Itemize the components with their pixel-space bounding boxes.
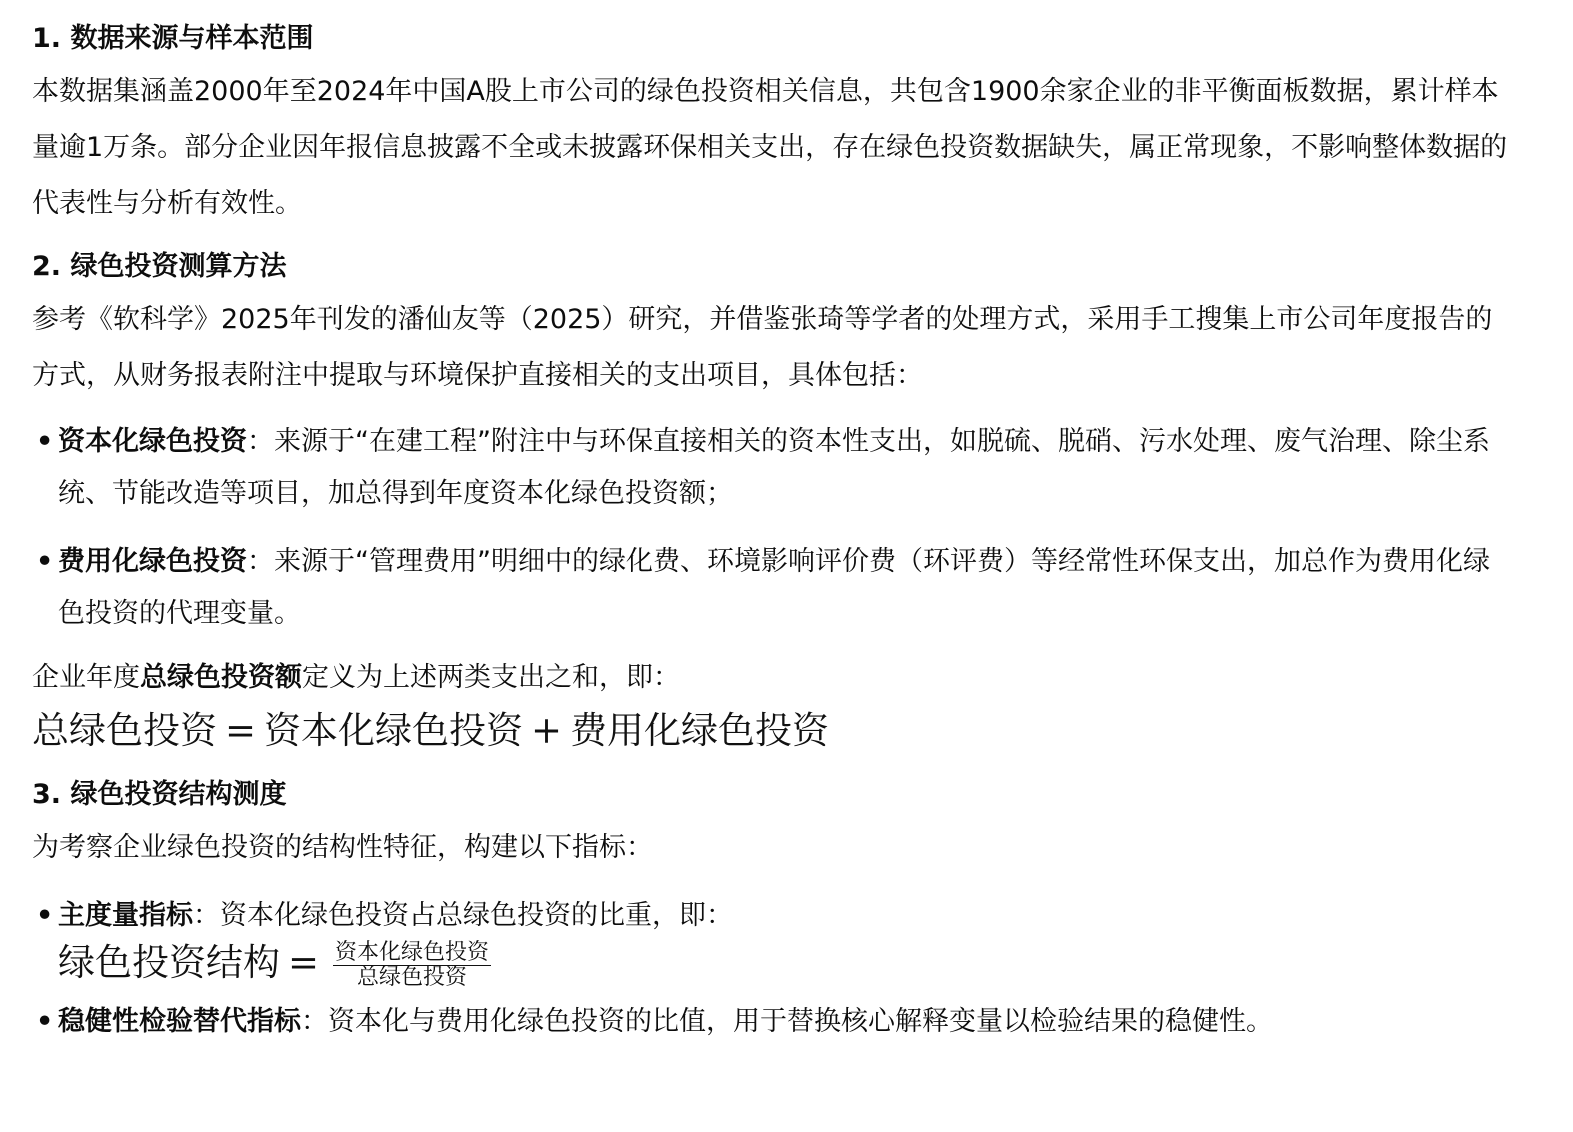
list-item-text: ：资本化与费用化绿色投资的比值，用于替换核心解释变量以检验结果的稳健性。 [301,1006,1273,1037]
definition-line: 企业年度总绿色投资额定义为上述两类支出之和，即： [32,650,1512,706]
list-item-term: 主度量指标 [58,900,193,931]
total-green-investment-formula: 总绿色投资=资本化绿色投资+费用化绿色投资 [32,706,1512,756]
section-title: 3. 绿色投资结构测度 [32,770,1512,820]
list-item-capitalized: • 资本化绿色投资：来源于“在建工程”附注中与环保直接相关的资本性支出，如脱硫、… [32,416,1512,520]
equals-sign: = [280,941,327,984]
plus-sign: + [523,709,570,752]
list-item-main-indicator: • 主度量指标：资本化绿色投资占总绿色投资的比重，即： 绿色投资结构=资本化绿色… [32,890,1512,990]
section-title: 2. 绿色投资测算方法 [32,242,1512,292]
list-item-robustness-indicator: • 稳健性检验替代指标：资本化与费用化绿色投资的比值，用于替换核心解释变量以检验… [32,996,1512,1048]
formula-lhs: 总绿色投资 [32,709,217,752]
formula-lhs: 绿色投资结构 [58,941,280,984]
list-item-term: 资本化绿色投资 [58,426,247,457]
bullet-icon: • [36,416,53,468]
fraction-denominator: 总绿色投资 [355,966,469,990]
paragraph: 为考察企业绿色投资的结构性特征，构建以下指标： [32,820,1512,876]
section-data-source: 1. 数据来源与样本范围 本数据集涵盖2000年至2024年中国A股上市公司的绿… [32,14,1512,232]
bullet-icon: • [36,890,53,942]
definition-prefix: 企业年度 [32,662,140,693]
definition-suffix: 定义为上述两类支出之和，即： [302,662,680,693]
indicator-list: • 主度量指标：资本化绿色投资占总绿色投资的比重，即： 绿色投资结构=资本化绿色… [32,890,1512,1048]
list-item-text: ：来源于“在建工程”附注中与环保直接相关的资本性支出，如脱硫、脱硝、污水处理、废… [58,426,1490,509]
bullet-icon: • [36,996,53,1048]
fraction-numerator: 资本化绿色投资 [333,941,491,966]
list-item-term: 费用化绿色投资 [58,546,247,577]
fraction: 资本化绿色投资总绿色投资 [333,941,491,990]
list-item-text: ：来源于“管理费用”明细中的绿化费、环境影响评价费（环评费）等经常性环保支出，加… [58,546,1490,629]
paragraph: 本数据集涵盖2000年至2024年中国A股上市公司的绿色投资相关信息，共包含19… [32,64,1512,232]
section-measurement-method: 2. 绿色投资测算方法 参考《软科学》2025年刊发的潘仙友等（2025）研究，… [32,242,1512,756]
list-item-term: 稳健性检验替代指标 [58,1006,301,1037]
section-title: 1. 数据来源与样本范围 [32,14,1512,64]
component-list: • 资本化绿色投资：来源于“在建工程”附注中与环保直接相关的资本性支出，如脱硫、… [32,416,1512,640]
definition-term: 总绿色投资额 [140,662,302,693]
section-structure-measure: 3. 绿色投资结构测度 为考察企业绿色投资的结构性特征，构建以下指标： • 主度… [32,770,1512,1048]
document: 1. 数据来源与样本范围 本数据集涵盖2000年至2024年中国A股上市公司的绿… [0,0,1512,1048]
list-item-expensed: • 费用化绿色投资：来源于“管理费用”明细中的绿化费、环境影响评价费（环评费）等… [32,536,1512,640]
bullet-icon: • [36,536,53,588]
list-item-text: ：资本化绿色投资占总绿色投资的比重，即： [193,900,733,931]
formula-term: 资本化绿色投资 [264,709,523,752]
equals-sign: = [217,709,264,752]
formula-term: 费用化绿色投资 [570,709,829,752]
paragraph: 参考《软科学》2025年刊发的潘仙友等（2025）研究，并借鉴张琦等学者的处理方… [32,292,1512,404]
structure-formula: 绿色投资结构=资本化绿色投资总绿色投资 [58,938,1512,990]
